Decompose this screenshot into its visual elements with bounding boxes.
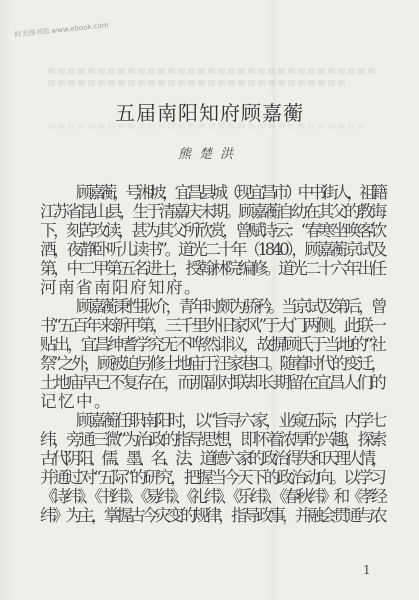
bleed-through-text [48, 80, 348, 86]
body-line: 顾嘉蘅秉性耿介，青年时颇为骄矜。当京试及第后，曾 [40, 297, 384, 316]
body-line: 记忆中。 [40, 392, 384, 411]
body-line: 顾嘉蘅，号湘坡，宜昌县城（现宜昌市）中书街人，祖籍 [40, 183, 384, 202]
body-line: 下，刻苦攻读，甚为其父所欣赏，曾赋诗云：“春寒坐唤客饮 [40, 221, 384, 240]
page-number: 1 [363, 563, 371, 577]
watermark: 时光图书馆 www.ebook.com [14, 20, 109, 40]
body-line: 顾嘉蘅任职南阳时，以“旨寻六家，业窥五际；内学七 [40, 411, 384, 430]
body-line: 河南省南阳府知府。 [40, 278, 384, 297]
bleed-through-text [48, 68, 378, 74]
body-line: 第，中二甲第五名进士，授翰林院编修。道光二十六年出任 [40, 259, 384, 278]
body-line: 古代阴阳、儒、墨、名、法、道德六家的政治得失和天理人情， [40, 449, 384, 468]
article-author: 熊楚洪 [0, 143, 419, 162]
body-line: 酒，夜静卧听儿读书”。道光二十年（1840），顾嘉蘅京试及 [40, 240, 384, 259]
article-title: 五届南阳知府顾嘉蘅 [0, 97, 419, 126]
body-line: 书“五百年来新甲第，三千里外旧家风”于大门两侧。此联一 [40, 316, 384, 335]
body-line: 纬》为主，掌握古今灾变的规律，指导政事，并融会贯通与农 [40, 506, 384, 525]
body-line: 并通过对“五际”的研究，把握当今天下的政治动向。以学习 [40, 468, 384, 487]
body-line: 贴出，宜昌绅耆学究无不哗然诽议，故摒顾氏于当地的“社 [40, 335, 384, 354]
body-line: 《诗纬》、《书纬》、《易纬》、《礼纬》、《乐纬》、《春秋纬》和《孝经 [40, 487, 384, 506]
body-line: 祭”之外，顾被迫另修土地庙于汪家巷口。随着时代的变迁， [40, 354, 384, 373]
article-body: 顾嘉蘅，号湘坡，宜昌县城（现宜昌市）中书街人，祖籍 江苏省昆山县，生于清嘉庆末期… [40, 183, 384, 525]
body-line: 纬，旁通三微”为治政的指导思想，即怀着浓厚的兴趣，探索 [40, 430, 384, 449]
scanned-page: 时光图书馆 www.ebook.com 五届南阳知府顾嘉蘅 熊楚洪 顾嘉蘅，号湘… [0, 0, 419, 600]
body-line: 江苏省昆山县，生于清嘉庆末期。顾嘉蘅自幼在其父的教诲 [40, 202, 384, 221]
body-line: 土地庙早已不复存在，而那副对联却长期留在宜昌人们的 [40, 373, 384, 392]
